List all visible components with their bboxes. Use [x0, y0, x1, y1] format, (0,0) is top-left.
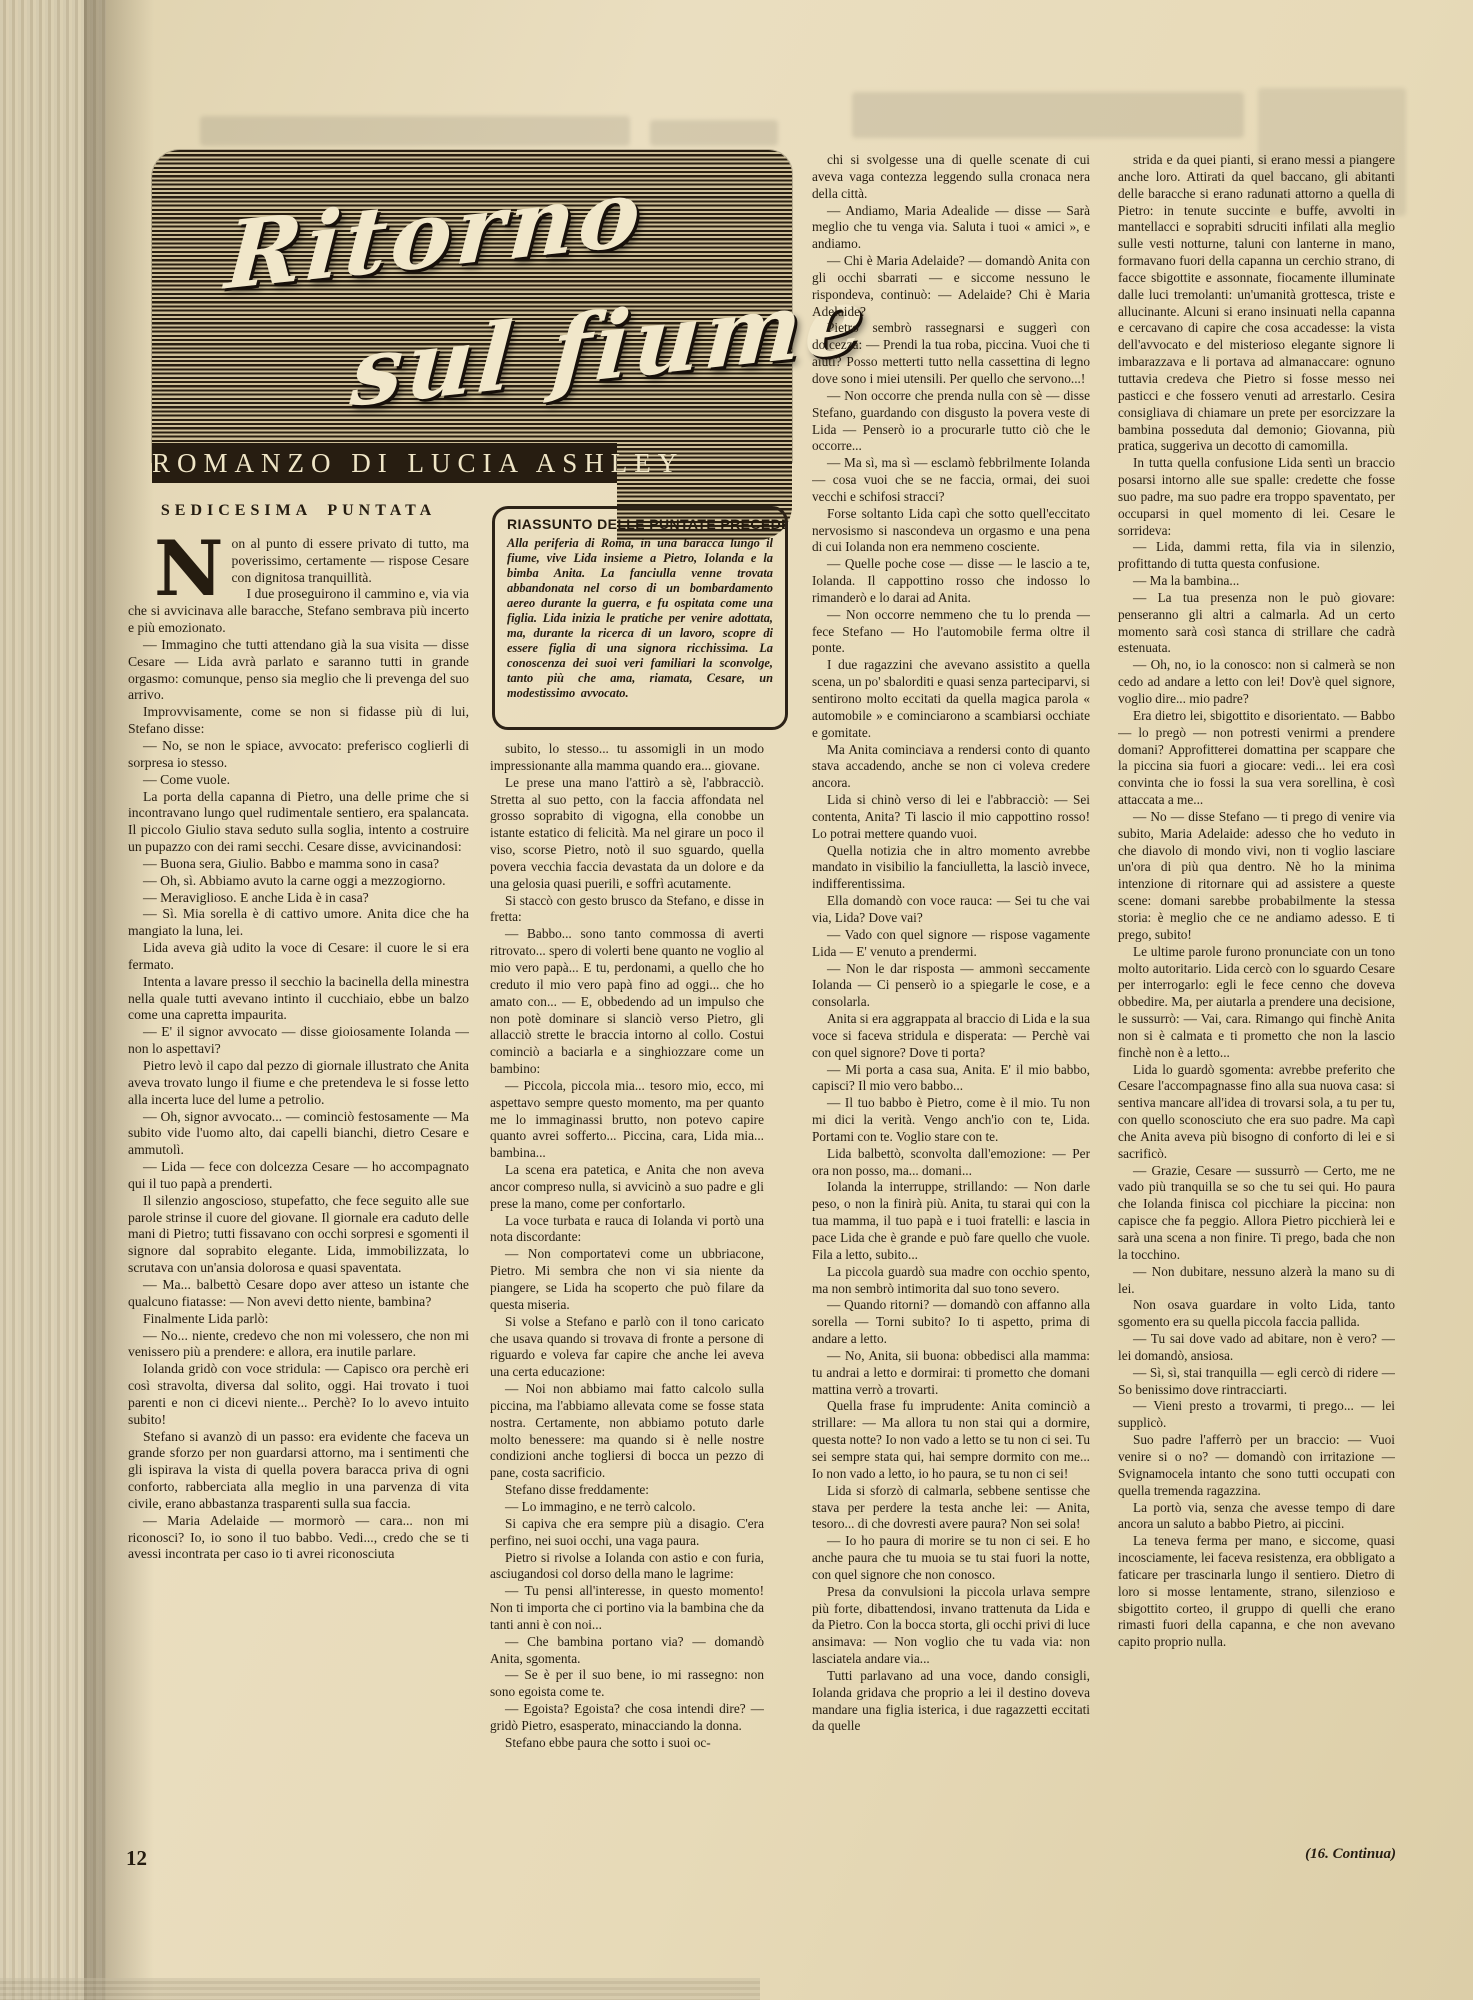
paragraph: Lida si chinò verso di lei e l'abbracciò… [812, 792, 1090, 843]
magazine-page: Ritorno sul fiume ROMANZO DI LUCIA ASHLE… [0, 0, 1473, 2000]
paragraph: — Sì. Mia sorella è di cattivo umore. An… [128, 906, 469, 940]
paragraph: Le ultime parole furono pronunciate con … [1118, 944, 1395, 1062]
paragraph: La portò via, senza che avesse tempo di … [1118, 1500, 1395, 1534]
paragraph: — Lida — fece con dolcezza Cesare — ho a… [128, 1159, 469, 1193]
paragraph: La piccola guardò sua madre con occhio s… [812, 1264, 1090, 1298]
paragraph: La porta della capanna di Pietro, una de… [128, 789, 469, 856]
text-column-4: strida e da quei pianti, si erano messi … [1118, 152, 1395, 1868]
paragraph: Stefano si avanzò di un passo: era evide… [128, 1429, 469, 1513]
paragraph: Lida lo guardò sgomenta: avrebbe preferi… [1118, 1062, 1395, 1163]
paragraph: — La tua presenza non le può giovare: pe… [1118, 590, 1395, 657]
paragraph: — Quelle poche cose — disse — le lascio … [812, 556, 1090, 607]
paragraph: — No, se non le spiace, avvocato: prefer… [128, 738, 469, 772]
paragraph: — No — disse Stefano — ti prego di venir… [1118, 809, 1395, 944]
paragraph: — Tu sai dove vado ad abitare, non è ver… [1118, 1331, 1395, 1365]
author-banner: ROMANZO DI LUCIA ASHLEY [152, 443, 617, 483]
paragraph: — Sì, sì, stai tranquilla — egli cercò d… [1118, 1365, 1395, 1399]
paragraph: Si staccò con gesto brusco da Stefano, e… [490, 893, 764, 927]
paragraph: Pietro sembrò rassegnarsi e suggerì con … [812, 320, 1090, 387]
paragraph: — Piccola, piccola mia... tesoro mio, ec… [490, 1078, 764, 1162]
paragraph: Ella domandò con voce rauca: — Sei tu ch… [812, 893, 1090, 927]
paragraph: — E' il signor avvocato — disse gioiosam… [128, 1024, 469, 1058]
continuation-note: (16. Continua) [1140, 1846, 1396, 1863]
paragraph: — Oh, no, io la conosco: non si calmerà … [1118, 657, 1395, 708]
paragraph: — Oh, sì. Abbiamo avuto la carne oggi a … [128, 873, 469, 890]
paragraph: Finalmente Lida parlò: [128, 1311, 469, 1328]
paragraph: Forse soltanto Lida capì che sotto quell… [812, 506, 1090, 557]
page-number: 12 [126, 1846, 147, 1871]
paragraph: Stefano disse freddamente: [490, 1482, 764, 1499]
bleedthrough-patch [650, 120, 778, 146]
paragraph: strida e da quei pianti, si erano messi … [1118, 152, 1395, 455]
paragraph: — Come vuole. [128, 772, 469, 789]
paragraph: Anita si era aggrappata al braccio di Li… [812, 1011, 1090, 1062]
paragraph: — No, Anita, sii buona: obbedisci alla m… [812, 1348, 1090, 1399]
paragraph: Si volse a Stefano e parlò con il tono c… [490, 1314, 764, 1381]
paragraph: — Andiamo, Maria Adealide — disse — Sarà… [812, 203, 1090, 254]
paragraph: chi si svolgesse una di quelle scenate d… [812, 152, 1090, 203]
paragraph: Non al punto di essere privato di tutto,… [128, 536, 469, 587]
paragraph: — Lida, dammi retta, fila via in silenzi… [1118, 539, 1395, 573]
paragraph: — Ma sì, ma sì — esclamò febbrilmente Io… [812, 455, 1090, 506]
paragraph: Iolanda gridò con voce stridula: — Capis… [128, 1361, 469, 1428]
bottom-page-edges [0, 1978, 760, 2000]
paragraph: — Non occorre nemmeno che tu lo prenda —… [812, 607, 1090, 658]
paragraph: — Buona sera, Giulio. Babbo e mamma sono… [128, 856, 469, 873]
paragraph: — Grazie, Cesare — sussurrò — Certo, me … [1118, 1163, 1395, 1264]
paragraph: — Io ho paura di morire se tu non ci sei… [812, 1533, 1090, 1584]
paragraph: — Non comportatevi come un ubbriacone, P… [490, 1246, 764, 1313]
paragraph: Stefano ebbe paura che sotto i suoi oc- [490, 1735, 764, 1752]
paragraph: — Quando ritorni? — domandò con affanno … [812, 1297, 1090, 1348]
paragraph: — Se è per il suo bene, io mi rassegno: … [490, 1667, 764, 1701]
paragraph: Improvvisamente, come se non si fidasse … [128, 704, 469, 738]
paragraph: — Oh, signor avvocato... — cominciò fest… [128, 1109, 469, 1160]
paragraph: Tutti parlavano ad una voce, dando consi… [812, 1668, 1090, 1735]
paragraph: — Vado con quel signore — rispose vagame… [812, 927, 1090, 961]
paragraph: La voce turbata e rauca di Iolanda vi po… [490, 1213, 764, 1247]
bleedthrough-patch [852, 92, 1244, 138]
paragraph: — No... niente, credevo che non mi voles… [128, 1328, 469, 1362]
paragraph: — Non dubitare, nessuno alzerà la mano s… [1118, 1264, 1395, 1298]
recap-box-body: Alla periferia di Roma, in una baracca l… [507, 536, 773, 701]
paragraph: Il silenzio angoscioso, stupefatto, che … [128, 1193, 469, 1277]
paragraph: I due ragazzini che avevano assistito a … [812, 657, 1090, 741]
paragraph: — Non le dar risposta — ammonì seccament… [812, 961, 1090, 1012]
paragraph: Iolanda la interruppe, strillando: — Non… [812, 1179, 1090, 1263]
paragraph: — Ma... balbettò Cesare dopo aver atteso… [128, 1277, 469, 1311]
paragraph: Non osava guardare in volto Lida, tanto … [1118, 1297, 1395, 1331]
paragraph: Quella notizia che in altro momento avre… [812, 843, 1090, 894]
paragraph: Lida balbettò, sconvolta dall'emozione: … [812, 1146, 1090, 1180]
paragraph: — Il tuo babbo è Pietro, come è il mio. … [812, 1095, 1090, 1146]
paragraph: — Egoista? Egoista? che cosa intendi dir… [490, 1701, 764, 1735]
paragraph: — Lo immagino, e ne terrò calcolo. [490, 1499, 764, 1516]
paragraph: Le prese una mano l'attirò a sè, l'abbra… [490, 775, 764, 893]
paragraph: Quella frase fu imprudente: Anita cominc… [812, 1398, 1090, 1482]
text-column-2: subito, lo stesso... tu assomigli in un … [490, 741, 764, 1866]
recap-box: RIASSUNTO DELLE PUNTATE PRECEDENTI Alla … [492, 506, 788, 730]
paragraph: La teneva ferma per mano, e siccome, qua… [1118, 1533, 1395, 1651]
paragraph: — Che bambina portano via? — domandò Ani… [490, 1634, 764, 1668]
text-column-1: SEDICESIMA PUNTATA Non al punto di esser… [128, 503, 469, 1848]
paragraph: — Maria Adelaide — mormorò — cara... non… [128, 1513, 469, 1564]
paragraph: In tutta quella confusione Lida sentì un… [1118, 455, 1395, 539]
paragraph: Ma Anita cominciava a rendersi conto di … [812, 742, 1090, 793]
paragraph: Presa da convulsioni la piccola urlava s… [812, 1584, 1090, 1668]
text-column-3: chi si svolgesse una di quelle scenate d… [812, 152, 1090, 1864]
paragraph: Intenta a lavare presso il secchio la ba… [128, 974, 469, 1025]
paragraph: — Mi porta a casa sua, Anita. E' il mio … [812, 1062, 1090, 1096]
paragraph: — Vieni presto a trovarmi, ti prego... —… [1118, 1398, 1395, 1432]
paragraph: La scena era patetica, e Anita che non a… [490, 1162, 764, 1213]
drop-cap: N [154, 540, 223, 598]
paragraph: Era dietro lei, sbigottito e disorientat… [1118, 708, 1395, 809]
column-1-body: Non al punto di essere privato di tutto,… [128, 536, 469, 1563]
paragraph: Pietro levò il capo dal pezzo di giornal… [128, 1058, 469, 1109]
installment-heading: SEDICESIMA PUNTATA [128, 503, 469, 520]
paragraph: — Immagino che tutti attendano già la su… [128, 637, 469, 704]
paragraph: subito, lo stesso... tu assomigli in un … [490, 741, 764, 775]
paragraph: Suo padre l'afferrò per un braccio: — Vu… [1118, 1432, 1395, 1499]
paragraph: Lida si sforzò di calmarla, sebbene sent… [812, 1483, 1090, 1534]
paragraph: — Chi è Maria Adelaide? — domandò Anita … [812, 253, 1090, 320]
paragraph: Pietro si rivolse a Iolanda con astio e … [490, 1550, 764, 1584]
paragraph: — Babbo... sono tanto commossa di averti… [490, 926, 764, 1078]
recap-box-title: RIASSUNTO DELLE PUNTATE PRECEDENTI [507, 516, 773, 532]
paragraph: — Ma la bambina... [1118, 573, 1395, 590]
paragraph: — Tu pensi all'interesse, in questo mome… [490, 1583, 764, 1634]
paragraph: Si capiva che era sempre più a disagio. … [490, 1516, 764, 1550]
paragraph: — Non occorre che prenda nulla con sè — … [812, 388, 1090, 455]
paragraph: Lida aveva già udito la voce di Cesare: … [128, 940, 469, 974]
bleedthrough-patch [200, 116, 630, 146]
paragraph: — Meraviglioso. E anche Lida è in casa? [128, 890, 469, 907]
paragraph: — Noi non abbiamo mai fatto calcolo sull… [490, 1381, 764, 1482]
